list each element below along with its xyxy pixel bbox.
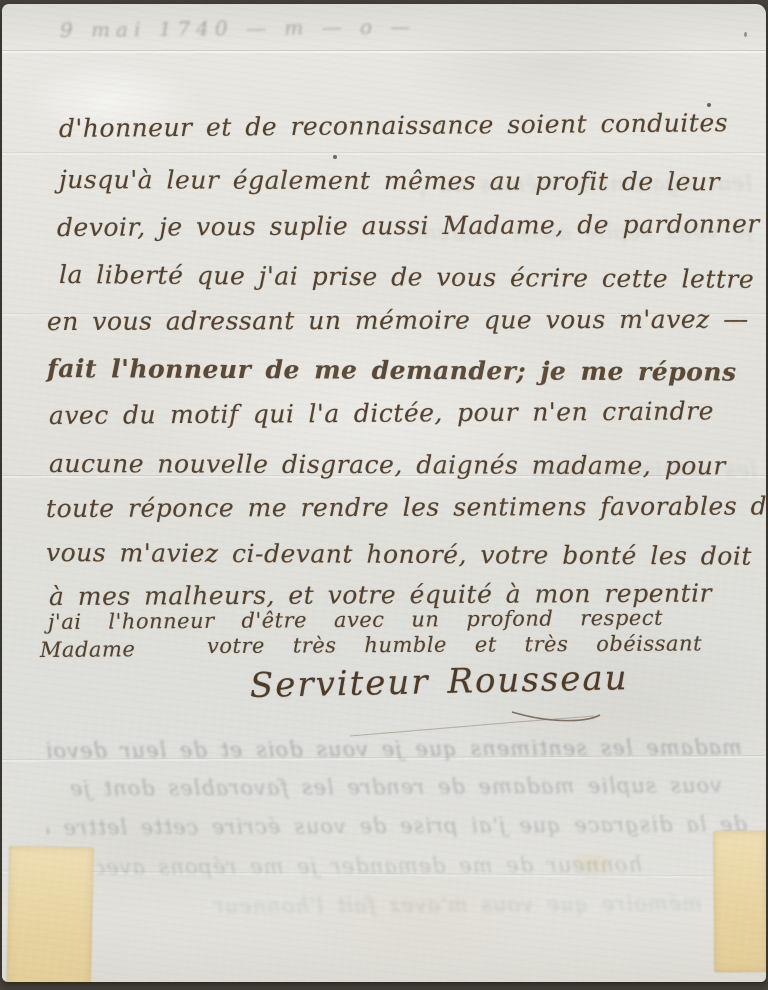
salutation: Madame [40, 637, 136, 666]
tape-remnant-left [7, 846, 94, 982]
letter-line: devoir, je vous suplie aussi Madame, de … [57, 210, 705, 249]
letter-line: avec du motif qui l'a dictée, pour n'en … [49, 396, 714, 437]
letter-line: fait l'honneur de me demander; je me rép… [47, 354, 675, 393]
signature: Serviteur Rousseau [250, 658, 630, 712]
ink-speck [744, 32, 747, 37]
letter-line: aucune nouvelle disgrace, daignés madame… [49, 449, 704, 487]
ink-speck [707, 103, 711, 107]
paper-stain [557, 844, 627, 884]
letter-body: d'honneur et de reconnaissance soient co… [2, 4, 766, 982]
letter-line: la liberté que j'ai prise de vous écrire… [59, 260, 704, 301]
letter-line: en vous adressant un mémoire que vous m'… [47, 305, 709, 343]
ink-speck [333, 155, 337, 159]
letter-line: toute réponce me rendre les sentimens fa… [46, 492, 724, 530]
letter-line: jusqu'à leur également mêmes au profit d… [59, 165, 704, 203]
letter-paper-sheet: 9 mai 1740 — m — o — leur également même… [2, 4, 766, 982]
tape-remnant-right [713, 831, 766, 972]
photograph-frame: 9 mai 1740 — m — o — leur également même… [0, 0, 768, 990]
letter-line: d'honneur et de reconnaissance soient co… [59, 109, 629, 150]
letter-line: vous m'aviez ci-devant honoré, votre bon… [46, 538, 718, 578]
ink-speck [438, 122, 441, 125]
